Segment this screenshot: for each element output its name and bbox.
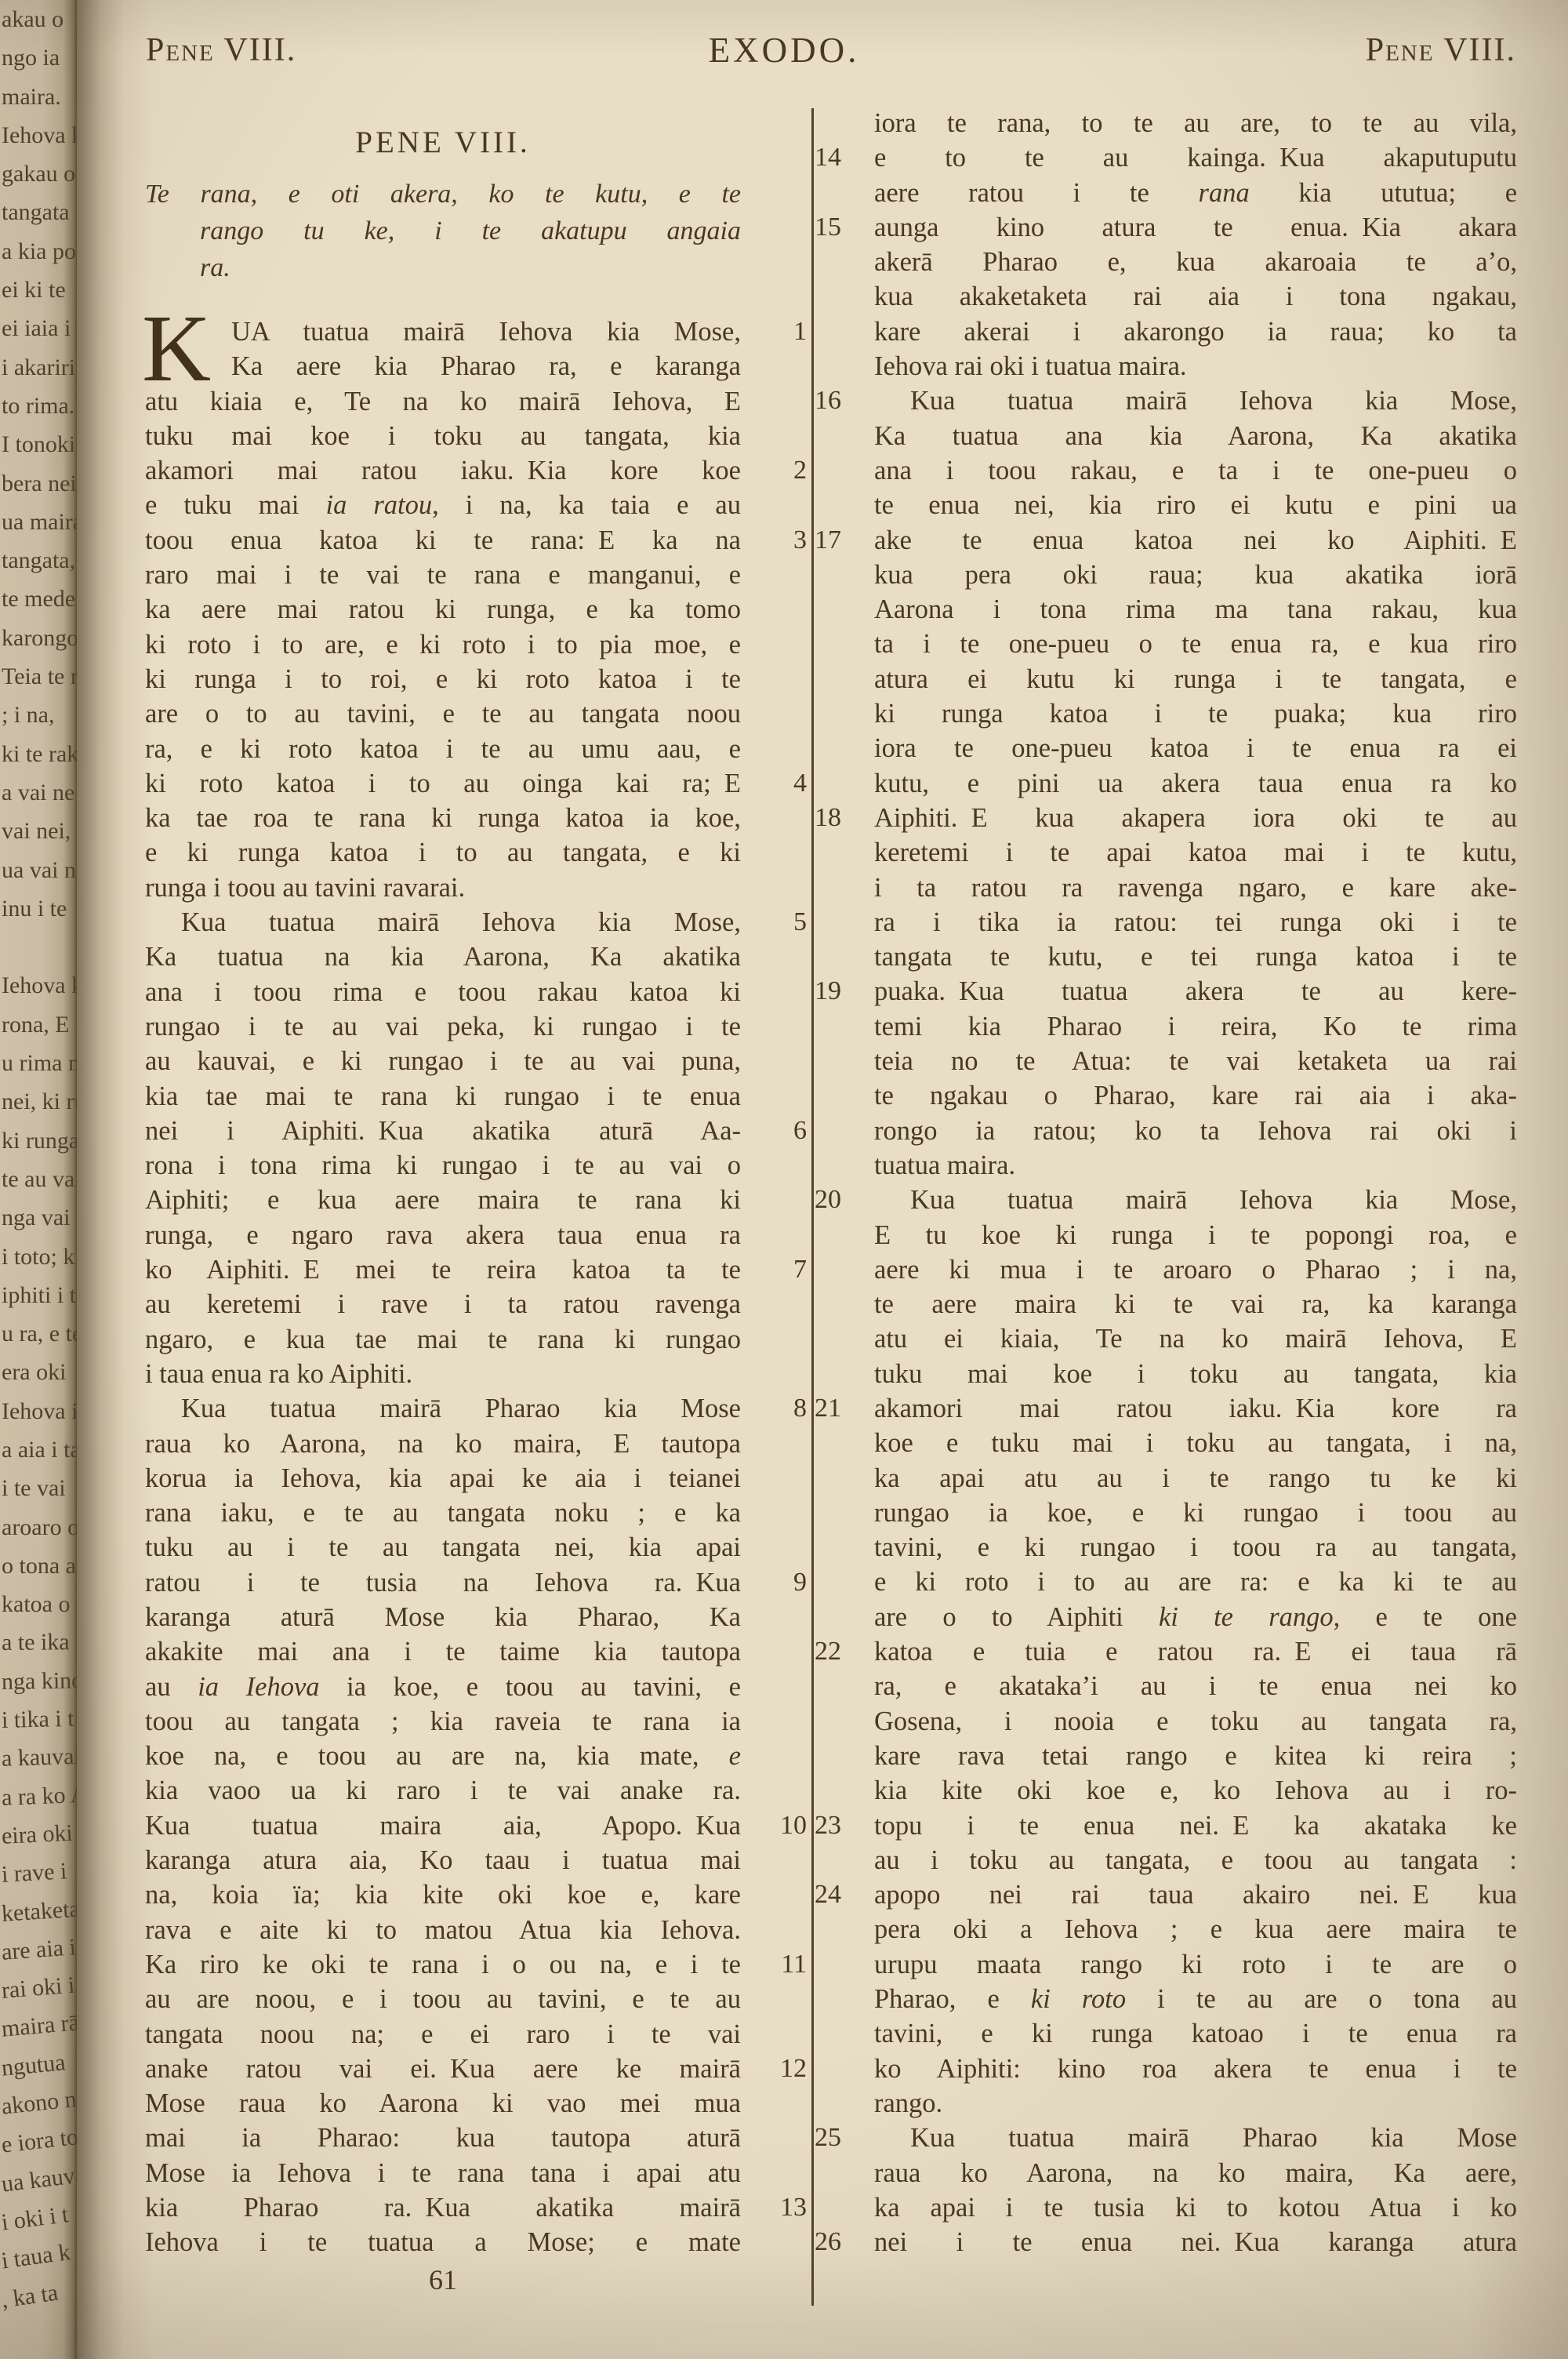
line-text: ki roto i to are, e ki roto i to pia moe… xyxy=(145,627,741,662)
line-text: Te rana, e oti akera, ko te kutu, e te xyxy=(145,176,741,213)
text-line: Ka tuatua na kia Aarona, Ka akatika xyxy=(145,940,741,974)
gutter-text-fragment: u ra, e te xyxy=(0,1314,77,1353)
verse-number: 2 xyxy=(750,453,807,488)
line-text: urupu maata rango ki roto i te are o xyxy=(874,1947,1517,1982)
text-line: 14e to te au kainga. Kua akaputuputu xyxy=(874,140,1517,175)
text-line: 21akamori mai ratou iaku. Kia kore ra xyxy=(874,1391,1517,1426)
text-line: keretemi i te apai katoa mai i te kutu, xyxy=(874,835,1517,870)
line-text: e tuku mai ia ratou, i na, ka taia e au xyxy=(145,488,741,522)
verse-number: 23 xyxy=(815,1808,865,1843)
gutter-text-fragment: karongo xyxy=(0,619,77,657)
text-line: raua ko Aarona, na ko maira, E tautopa xyxy=(145,1427,741,1461)
gutter-text-fragment: i tika i t xyxy=(0,1699,77,1740)
line-text: ratou i te tusia na Iehova ra. Kua xyxy=(145,1565,741,1600)
line-text: au are noou, e i toou au tavini, e te au xyxy=(145,1982,741,2016)
text-line: korua ia Iehova, kia apai ke aia i teian… xyxy=(145,1461,741,1496)
text-line: 7ko Aiphiti. E mei te reira katoa ta te xyxy=(145,1252,741,1287)
text-line: i taua enua ra ko Aiphiti. xyxy=(145,1357,741,1391)
text-line: ra. xyxy=(145,249,741,286)
text-line: au ia Iehova ia koe, e toou au tavini, e xyxy=(145,1670,741,1704)
verse-number: 17 xyxy=(815,523,865,558)
line-text: atu ei kiaia, Te na ko mairā Iehova, E xyxy=(874,1321,1517,1356)
verse-number: 24 xyxy=(815,1877,865,1912)
line-text: tuku au i te au tangata nei, kia apai xyxy=(145,1530,741,1565)
text-line: 4ki roto katoa i to au oinga kai ra; E xyxy=(145,766,741,801)
gutter-text-fragment: inu i te xyxy=(0,889,77,928)
line-text: akakite mai ana i te taime kia tautopa xyxy=(145,1634,741,1669)
text-line: teia no te Atua: te vai ketaketa ua rai xyxy=(874,1044,1517,1078)
line-text: ta i te one-pueu o te enua ra, e kua rir… xyxy=(874,627,1517,661)
line-text: na, koia ïa; kia kite oki koe e, kare xyxy=(145,1877,741,1912)
left-column-body: K 1UA tuatua mairā Iehova kia Mose,Ka ae… xyxy=(145,314,741,2260)
line-text: au i toku au tangata, e toou au tangata … xyxy=(874,1843,1517,1877)
text-line: 11Ka riro ke oki te rana i o ou na, e i … xyxy=(145,1947,741,1982)
text-line: 19puaka. Kua tuatua akera te au kere- xyxy=(874,974,1517,1009)
text-line: au are noou, e i toou au tavini, e te au xyxy=(145,1982,741,2016)
chapter-title: PENE VIII. xyxy=(145,122,741,163)
line-text: katoa e tuia e ratou ra. E ei taua rā xyxy=(874,1634,1517,1669)
gutter-text-fragment: Iehova ki xyxy=(0,116,77,154)
text-line: rava e aite ki to matou Atua kia Iehova. xyxy=(145,1913,741,1947)
line-text: ko Aiphiti: kino roa akera te enua i te xyxy=(874,2052,1517,2086)
line-text: runga i toou au tavini ravarai. xyxy=(145,871,741,905)
text-line: kia vaoo ua ki raro i te vai anake ra. xyxy=(145,1773,741,1808)
text-line: rana iaku, e te au tangata noku ; e ka xyxy=(145,1496,741,1530)
text-line: Mose raua ko Aarona ki vao mei mua xyxy=(145,2086,741,2121)
text-line: iora te rana, to te au are, to te au vil… xyxy=(874,106,1517,140)
verse-number: 13 xyxy=(750,2190,807,2225)
line-text: nei i te enua nei. Kua karanga atura xyxy=(874,2225,1517,2259)
text-line: 13kia Pharao ra. Kua akatika mairā xyxy=(145,2190,741,2225)
text-line: kia kite oki koe e, ko Iehova au i ro- xyxy=(874,1773,1517,1808)
line-text: ka apai i te tusia ki to kotou Atua i ko xyxy=(874,2190,1517,2225)
verse-number: 1 xyxy=(750,314,807,349)
line-text: kua akaketaketa rai aia i tona ngakau, xyxy=(874,279,1517,314)
line-text: ka tae roa te rana ki runga katoa ia koe… xyxy=(145,801,741,835)
text-line: atura ei kutu ki runga i te tangata, e xyxy=(874,662,1517,696)
gutter-text-fragment: rona, E xyxy=(0,1005,77,1044)
line-text: runga, e ngaro rava akera taua enua ra xyxy=(145,1218,741,1252)
gutter-text-fragment: u rima m xyxy=(0,1044,77,1082)
line-text: ra, e akataka’i au i te enua nei ko xyxy=(874,1669,1517,1703)
line-text: ngaro, e kua tae mai te rana ki rungao xyxy=(145,1322,741,1357)
line-text: tavini, e ki runga katoao i te enua ra xyxy=(874,2016,1517,2051)
text-line: temi kia Pharao i reira, Ko te rima xyxy=(874,1009,1517,1044)
verse-number: 9 xyxy=(750,1565,807,1600)
verse-number: 12 xyxy=(750,2052,807,2086)
text-line: ra, e akataka’i au i te enua nei ko xyxy=(874,1669,1517,1703)
line-text: Aarona i tona rima ma tana rakau, kua xyxy=(874,592,1517,627)
line-text: tuatua maira. xyxy=(874,1148,1517,1183)
line-text: Aiphiti; e kua aere maira te rana ki xyxy=(145,1183,741,1217)
text-line: 26nei i te enua nei. Kua karanga atura xyxy=(874,2225,1517,2259)
right-column: iora te rana, to te au are, to te au vil… xyxy=(874,106,1517,2259)
line-text: ana i toou rima e toou rakau katoa ki xyxy=(145,975,741,1009)
gutter-text-fragment: nga vai n xyxy=(0,1198,77,1237)
text-line: 9ratou i te tusia na Iehova ra. Kua xyxy=(145,1565,741,1600)
text-line: e ki runga katoa i to au tangata, e ki xyxy=(145,835,741,870)
line-text: kia kite oki koe e, ko Iehova au i ro- xyxy=(874,1773,1517,1808)
line-text: atu kiaia e, Te na ko mairā Iehova, E xyxy=(145,384,741,419)
line-text: au ia Iehova ia koe, e toou au tavini, e xyxy=(145,1670,741,1704)
line-text: raua ko Aarona, na ko maira, E tautopa xyxy=(145,1427,741,1461)
line-text: ra. xyxy=(145,249,741,286)
line-text: iora te one-pueu katoa i te enua ra ei xyxy=(874,731,1517,765)
verse-number: 19 xyxy=(815,974,865,1009)
text-line: ka apai atu au i te rango tu ke ki xyxy=(874,1461,1517,1496)
text-line: urupu maata rango ki roto i te are o xyxy=(874,1947,1517,1982)
text-line: kare akerai i akarongo ia raua; ko ta xyxy=(874,314,1517,349)
text-line: Te rana, e oti akera, ko te kutu, e te xyxy=(145,176,741,213)
gutter-text-fragment: a vai ne xyxy=(0,773,77,812)
line-text: Iehova i te tuatua a Mose; e mate xyxy=(145,2225,741,2259)
left-column: PENE VIII. Te rana, e oti akera, ko te k… xyxy=(145,102,741,2260)
text-line: kua pera oki raua; kua akatika iorā xyxy=(874,558,1517,592)
line-text: pera oki a Iehova ; e kua aere maira te xyxy=(874,1912,1517,1946)
line-text: toou au tangata ; kia raveia te rana ia xyxy=(145,1704,741,1739)
verse-number: 18 xyxy=(815,801,865,835)
text-line: rona i tona rima ki rungao i te au vai o xyxy=(145,1148,741,1183)
text-line: atu kiaia e, Te na ko mairā Iehova, E xyxy=(145,384,741,419)
verse-number: 8 xyxy=(750,1391,807,1426)
gutter-text-fragment: a kauvai xyxy=(0,1737,77,1778)
text-line: mai ia Pharao: kua tautopa aturā xyxy=(145,2121,741,2155)
text-line: 12anake ratou vai ei. Kua aere ke mairā xyxy=(145,2052,741,2086)
verse-number: 20 xyxy=(815,1183,865,1217)
line-text: mai ia Pharao: kua tautopa aturā xyxy=(145,2121,741,2155)
text-line: ki roto i to are, e ki roto i to pia moe… xyxy=(145,627,741,662)
text-line: 5Kua tuatua mairā Iehova kia Mose, xyxy=(145,905,741,940)
verse-number: 5 xyxy=(750,905,807,940)
line-text: E tu koe ki runga i te popongi roa, e xyxy=(874,1218,1517,1252)
text-line: tuku mai koe i toku au tangata, kia xyxy=(145,419,741,453)
text-line: ki runga i to roi, e ki roto katoa i te xyxy=(145,662,741,696)
text-line: rongo ia ratou; ko ta Iehova rai oki i xyxy=(874,1114,1517,1148)
verse-number: 22 xyxy=(815,1634,865,1669)
text-line: 16Kua tuatua mairā Iehova kia Mose, xyxy=(874,383,1517,418)
gutter-text-fragment: tangata, xyxy=(0,541,77,580)
text-line: 10Kua tuatua maira aia, Apopo. Kua xyxy=(145,1808,741,1843)
text-line: 22katoa e tuia e ratou ra. E ei taua rā xyxy=(874,1634,1517,1669)
line-text: tavini, e ki rungao i toou ra au tangata… xyxy=(874,1530,1517,1565)
text-line: rango tu ke, i te akatupu angaia xyxy=(145,213,741,249)
line-text: iora te rana, to te au are, to te au vil… xyxy=(874,106,1517,140)
line-text: karanga atura aia, Ko taau i tuatua mai xyxy=(145,1843,741,1877)
gutter-text-fragment: era oki xyxy=(0,1353,77,1391)
line-text: temi kia Pharao i reira, Ko te rima xyxy=(874,1009,1517,1044)
text-line: kia tae mai te rana ki rungao i te enua xyxy=(145,1079,741,1114)
gutter-text-fragment: o tona au xyxy=(0,1547,77,1585)
text-line: ra i tika ia ratou: tei runga oki i te xyxy=(874,905,1517,940)
text-line: ko Aiphiti: kino roa akera te enua i te xyxy=(874,2052,1517,2086)
text-line: ka tae roa te rana ki runga katoa ia koe… xyxy=(145,801,741,835)
gutter-text-fragment: i toto; ki xyxy=(0,1238,77,1276)
line-text: akamori mai ratou iaku. Kia kore ra xyxy=(874,1391,1517,1426)
line-text: e ki roto i to au are ra: e ka ki te au xyxy=(874,1565,1517,1599)
text-line: tangata noou na; e ei raro i te vai xyxy=(145,2017,741,2052)
text-line: te ngakau o Pharao, kare rai aia i aka- xyxy=(874,1078,1517,1113)
text-line: tavini, e ki runga katoao i te enua ra xyxy=(874,2016,1517,2051)
line-text: keretemi i te apai katoa mai i te kutu, xyxy=(874,835,1517,870)
line-text: Mose ia Iehova i te rana tana i apai atu xyxy=(145,2156,741,2190)
line-text: rungao i te au vai peka, ki rungao i te xyxy=(145,1009,741,1044)
line-text: ki roto katoa i to au oinga kai ra; E xyxy=(145,766,741,801)
gutter-text-fragment: i rave i xyxy=(0,1852,77,1895)
gutter-text-fragment: i akariri xyxy=(0,348,77,387)
text-line: ana i toou rakau, e ta i te one-pueu o xyxy=(874,453,1517,488)
line-text: kia vaoo ua ki raro i te vai anake ra. xyxy=(145,1773,741,1808)
facing-page-text-fragments: akau ongo iamaira.Iehova kigakau otangat… xyxy=(0,0,77,2320)
line-text: anake ratou vai ei. Kua aere ke mairā xyxy=(145,2052,741,2086)
line-text: akerā Pharao e, kua akaroaia te a’o, xyxy=(874,245,1517,279)
line-text: e to te au kainga. Kua akaputuputu xyxy=(874,140,1517,175)
book-photo: { "colors":{"paper":"#e8ddc5","ink":"#4a… xyxy=(0,0,1568,2359)
gutter-text-fragment: ketaketa xyxy=(0,1889,77,1932)
text-line: 20Kua tuatua mairā Iehova kia Mose, xyxy=(874,1183,1517,1217)
text-line: 15aunga kino atura te enua. Kia akara xyxy=(874,210,1517,245)
line-text: Pharao, e ki roto i te au are o tona au xyxy=(874,1982,1517,2016)
line-text: teia no te Atua: te vai ketaketa ua rai xyxy=(874,1044,1517,1078)
line-text: akamori mai ratou iaku. Kia kore koe xyxy=(145,453,741,488)
line-text: Ka aere kia Pharao ra, e karanga xyxy=(145,349,741,383)
line-text: koe na, e toou au are na, kia mate, e xyxy=(145,1739,741,1773)
text-line: 18Aiphiti. E kua akapera iora oki te au xyxy=(874,801,1517,835)
text-line: runga, e ngaro rava akera taua enua ra xyxy=(145,1218,741,1252)
line-text: toou enua katoa ki te rana: E ka na xyxy=(145,523,741,558)
line-text: kutu, e pini ua akera taua enua ra ko xyxy=(874,766,1517,801)
text-line: kutu, e pini ua akera taua enua ra ko xyxy=(874,766,1517,801)
text-line: raua ko Aarona, na ko maira, Ka aere, xyxy=(874,2156,1517,2190)
line-text: korua ia Iehova, kia apai ke aia i teian… xyxy=(145,1461,741,1496)
verse-number: 21 xyxy=(815,1391,865,1426)
text-line: Gosena, i nooia e toku au tangata ra, xyxy=(874,1704,1517,1739)
verse-number: 7 xyxy=(750,1252,807,1287)
line-text: au kauvai, e ki rungao i te au vai puna, xyxy=(145,1044,741,1078)
line-text: Iehova rai oki i tuatua maira. xyxy=(874,349,1517,383)
line-text: aere ki mua i te aroaro o Pharao ; i na, xyxy=(874,1252,1517,1287)
text-line: koe e tuku mai i toku au tangata, i na, xyxy=(874,1426,1517,1460)
line-text: Mose raua ko Aarona ki vao mei mua xyxy=(145,2086,741,2121)
gutter-text-fragment: are aia i xyxy=(0,1928,77,1972)
line-text: kare akerai i akarongo ia raua; ko ta xyxy=(874,314,1517,349)
text-line: karanga aturā Mose kia Pharao, Ka xyxy=(145,1600,741,1634)
gutter-text-fragment: nga kino xyxy=(0,1661,77,1701)
gutter-text-fragment: to rima. xyxy=(0,387,77,425)
text-line: tuku mai koe i toku au tangata, kia xyxy=(874,1357,1517,1391)
text-line: raro mai i te vai te rana e manganui, e xyxy=(145,558,741,592)
line-text: te ngakau o Pharao, kare rai aia i aka- xyxy=(874,1078,1517,1113)
line-text: kua pera oki raua; kua akatika iorā xyxy=(874,558,1517,592)
text-line: kare rava tetai rango e kitea ki reira ; xyxy=(874,1739,1517,1773)
gutter-text-fragment: maira. xyxy=(0,78,77,116)
gutter-text-fragment: a ra ko A xyxy=(0,1776,77,1817)
line-text: tuku mai koe i toku au tangata, kia xyxy=(145,419,741,453)
text-line: Ka tuatua ana kia Aarona, Ka akatika xyxy=(874,419,1517,453)
gutter-text-fragment: Iehova i xyxy=(0,1392,77,1430)
text-line: Mose ia Iehova i te rana tana i apai atu xyxy=(145,2156,741,2190)
line-text: aere ratou i te rana kia ututua; e xyxy=(874,176,1517,210)
verse-number: 3 xyxy=(750,523,807,558)
text-line: kua akaketaketa rai aia i tona ngakau, xyxy=(874,279,1517,314)
line-text: ra i tika ia ratou: tei runga oki i te xyxy=(874,905,1517,940)
text-line: i ta ratou ra ravenga ngaro, e kare ake- xyxy=(874,871,1517,905)
text-line: 25Kua tuatua mairā Pharao kia Mose xyxy=(874,2121,1517,2155)
text-line: Aarona i tona rima ma tana rakau, kua xyxy=(874,592,1517,627)
text-line: tavini, e ki rungao i toou ra au tangata… xyxy=(874,1530,1517,1565)
gutter-text-fragment: a aia i ta xyxy=(0,1430,77,1469)
line-text: ra, e ki roto katoa i te au umu aau, e xyxy=(145,732,741,766)
line-text: rana iaku, e te au tangata noku ; e ka xyxy=(145,1496,741,1530)
line-text: puaka. Kua tuatua akera te au kere- xyxy=(874,974,1517,1009)
line-text: Ka tuatua na kia Aarona, Ka akatika xyxy=(145,940,741,974)
text-line: Pharao, e ki roto i te au are o tona au xyxy=(874,1982,1517,2016)
line-text: tuku mai koe i toku au tangata, kia xyxy=(874,1357,1517,1391)
gutter-text-fragment: tangata xyxy=(0,193,77,231)
gutter-text-fragment: iphiti i t xyxy=(0,1276,77,1314)
line-text: aunga kino atura te enua. Kia akara xyxy=(874,210,1517,245)
text-line: te enua nei, kia riro ei kutu e pini ua xyxy=(874,488,1517,522)
text-line: tuku au i te au tangata nei, kia apai xyxy=(145,1530,741,1565)
gutter-text-fragment: ki te raka xyxy=(0,735,77,773)
text-line: koe na, e toou au are na, kia mate, e xyxy=(145,1739,741,1773)
text-line: ta i te one-pueu o te enua ra, e kua rir… xyxy=(874,627,1517,661)
gutter-text-fragment: ua maira xyxy=(0,503,77,541)
line-text: Gosena, i nooia e toku au tangata ra, xyxy=(874,1704,1517,1739)
text-line: 17ake te enua katoa nei ko Aiphiti. E xyxy=(874,523,1517,558)
text-line: iora te one-pueu katoa i te enua ra ei xyxy=(874,731,1517,765)
line-text: ko Aiphiti. E mei te reira katoa ta te xyxy=(145,1252,741,1287)
running-header-right: Pene VIII. xyxy=(1366,31,1516,69)
text-line: ka aere mai ratou ki runga, e ka tomo xyxy=(145,592,741,627)
facing-page-edge: akau ongo iamaira.Iehova kigakau otangat… xyxy=(0,0,77,2359)
gutter-text-fragment: eira oki xyxy=(0,1813,77,1856)
line-text: rava e aite ki to matou Atua kia Iehova. xyxy=(145,1913,741,1947)
text-line: E tu koe ki runga i te popongi roa, e xyxy=(874,1218,1517,1252)
text-line: aere ki mua i te aroaro o Pharao ; i na, xyxy=(874,1252,1517,1287)
gutter-text-fragment: vai nei, xyxy=(0,812,77,850)
verse-number: 10 xyxy=(750,1808,807,1843)
line-text: nei i Aiphiti. Kua akatika aturā Aa- xyxy=(145,1114,741,1148)
text-line: karanga atura aia, Ko taau i tuatua mai xyxy=(145,1843,741,1877)
verse-number: 26 xyxy=(815,2225,865,2259)
line-text: i taua enua ra ko Aiphiti. xyxy=(145,1357,741,1391)
text-line: are o to au tavini, e te au tangata noou xyxy=(145,696,741,731)
text-line: akerā Pharao e, kua akaroaia te a’o, xyxy=(874,245,1517,279)
gutter-text-fragment: ei ki te xyxy=(0,271,77,309)
text-line: pera oki a Iehova ; e kua aere maira te xyxy=(874,1912,1517,1946)
page-number: 61 xyxy=(145,2263,741,2296)
text-line: te aere maira ki te vai ra, ka karanga xyxy=(874,1287,1517,1321)
text-line: tangata te kutu, e tei runga katoa i te xyxy=(874,940,1517,974)
text-line: 1UA tuatua mairā Iehova kia Mose, xyxy=(145,314,741,349)
line-text: ake te enua katoa nei ko Aiphiti. E xyxy=(874,523,1517,558)
line-text: ana i toou rakau, e ta i te one-pueu o xyxy=(874,453,1517,488)
verse-number: 4 xyxy=(750,766,807,801)
text-line: aere ratou i te rana kia ututua; e xyxy=(874,176,1517,210)
text-line: 6nei i Aiphiti. Kua akatika aturā Aa- xyxy=(145,1114,741,1148)
text-line: Iehova rai oki i tuatua maira. xyxy=(874,349,1517,383)
gutter-text-fragment: I tonoki xyxy=(0,425,77,463)
gutter-text-fragment: a kia po xyxy=(0,232,77,271)
text-line: runga i toou au tavini ravarai. xyxy=(145,871,741,905)
line-text: raua ko Aarona, na ko maira, Ka aere, xyxy=(874,2156,1517,2190)
line-text: Kua tuatua maira aia, Apopo. Kua xyxy=(145,1808,741,1843)
line-text: koe e tuku mai i toku au tangata, i na, xyxy=(874,1426,1517,1460)
line-text: are o to au tavini, e te au tangata noou xyxy=(145,696,741,731)
line-text: ki runga i to roi, e ki roto katoa i te xyxy=(145,662,741,696)
text-line: toou au tangata ; kia raveia te rana ia xyxy=(145,1704,741,1739)
line-text: Ka tuatua ana kia Aarona, Ka akatika xyxy=(874,419,1517,453)
text-line: Iehova i te tuatua a Mose; e mate xyxy=(145,2225,741,2259)
gutter-text-fragment: ki runga xyxy=(0,1121,77,1160)
gutter-text-fragment: bera nei, xyxy=(0,464,77,503)
line-text: kia tae mai te rana ki rungao i te enua xyxy=(145,1079,741,1114)
text-line: atu ei kiaia, Te na ko mairā Iehova, E xyxy=(874,1321,1517,1356)
line-text: kare rava tetai rango e kitea ki reira ; xyxy=(874,1739,1517,1773)
line-text: rona i tona rima ki rungao i te au vai o xyxy=(145,1148,741,1183)
text-line: ngaro, e kua tae mai te rana ki rungao xyxy=(145,1322,741,1357)
text-line: ana i toou rima e toou rakau katoa ki xyxy=(145,975,741,1009)
line-text: Kua tuatua mairā Pharao kia Mose xyxy=(874,2121,1517,2155)
column-divider-rule xyxy=(811,108,814,2306)
line-text: topu i te enua nei. E ka akataka ke xyxy=(874,1808,1517,1843)
line-text: Ka riro ke oki te rana i o ou na, e i te xyxy=(145,1947,741,1982)
text-line: e tuku mai ia ratou, i na, ka taia e au xyxy=(145,488,741,522)
line-text: Kua tuatua mairā Iehova kia Mose, xyxy=(145,905,741,940)
line-text: Kua tuatua mairā Iehova kia Mose, xyxy=(874,383,1517,418)
gutter-text-fragment: te au vai xyxy=(0,1160,77,1198)
line-text: Kua tuatua mairā Iehova kia Mose, xyxy=(874,1183,1517,1217)
line-text: UA tuatua mairā Iehova kia Mose, xyxy=(145,314,741,349)
text-line: 3toou enua katoa ki te rana: E ka na xyxy=(145,523,741,558)
running-header-title: EXODO. xyxy=(0,31,1568,69)
gutter-text-fragment: Teia te m xyxy=(0,657,77,696)
gutter-text-fragment xyxy=(0,928,77,966)
gutter-text-fragment: nei, ki ru xyxy=(0,1082,77,1121)
text-line: Ka aere kia Pharao ra, e karanga xyxy=(145,349,741,383)
text-line: au keretemi i rave i ta ratou ravenga xyxy=(145,1287,741,1321)
verse-number: 15 xyxy=(815,210,865,245)
text-line: rungao i te au vai peka, ki rungao i te xyxy=(145,1009,741,1044)
verse-number: 25 xyxy=(815,2121,865,2155)
gutter-text-fragment: Iehova ki xyxy=(0,966,77,1005)
verse-number: 6 xyxy=(750,1114,807,1148)
verse-number: 11 xyxy=(750,1947,807,1982)
line-text: rango tu ke, i te akatupu angaia xyxy=(145,213,741,249)
gutter-text-fragment: katoa o xyxy=(0,1585,77,1623)
chapter-summary: Te rana, e oti akera, ko te kutu, e tera… xyxy=(145,176,741,286)
gutter-text-fragment: ei iaia i xyxy=(0,309,77,347)
gutter-text-fragment: aroaro o xyxy=(0,1508,77,1547)
gutter-text-fragment: ; i na, xyxy=(0,696,77,734)
text-line: 2akamori mai ratou iaku. Kia kore koe xyxy=(145,453,741,488)
line-text: tangata noou na; e ei raro i te vai xyxy=(145,2017,741,2052)
text-line: tuatua maira. xyxy=(874,1148,1517,1183)
text-line: akakite mai ana i te taime kia tautopa xyxy=(145,1634,741,1669)
text-line: 24apopo nei rai taua akairo nei. E kua xyxy=(874,1877,1517,1912)
line-text: apopo nei rai taua akairo nei. E kua xyxy=(874,1877,1517,1912)
line-text: are o to Aiphiti ki te rango, e te one xyxy=(874,1600,1517,1634)
text-line: au i toku au tangata, e toou au tangata … xyxy=(874,1843,1517,1877)
gutter-text-fragment: gakau o xyxy=(0,154,77,193)
text-line: au kauvai, e ki rungao i te au vai puna, xyxy=(145,1044,741,1078)
line-text: au keretemi i rave i ta ratou ravenga xyxy=(145,1287,741,1321)
text-line: Aiphiti; e kua aere maira te rana ki xyxy=(145,1183,741,1217)
line-text: te aere maira ki te vai ra, ka karanga xyxy=(874,1287,1517,1321)
line-text: Kua tuatua mairā Pharao kia Mose xyxy=(145,1391,741,1426)
line-text: Aiphiti. E kua akapera iora oki te au xyxy=(874,801,1517,835)
line-text: kia Pharao ra. Kua akatika mairā xyxy=(145,2190,741,2225)
